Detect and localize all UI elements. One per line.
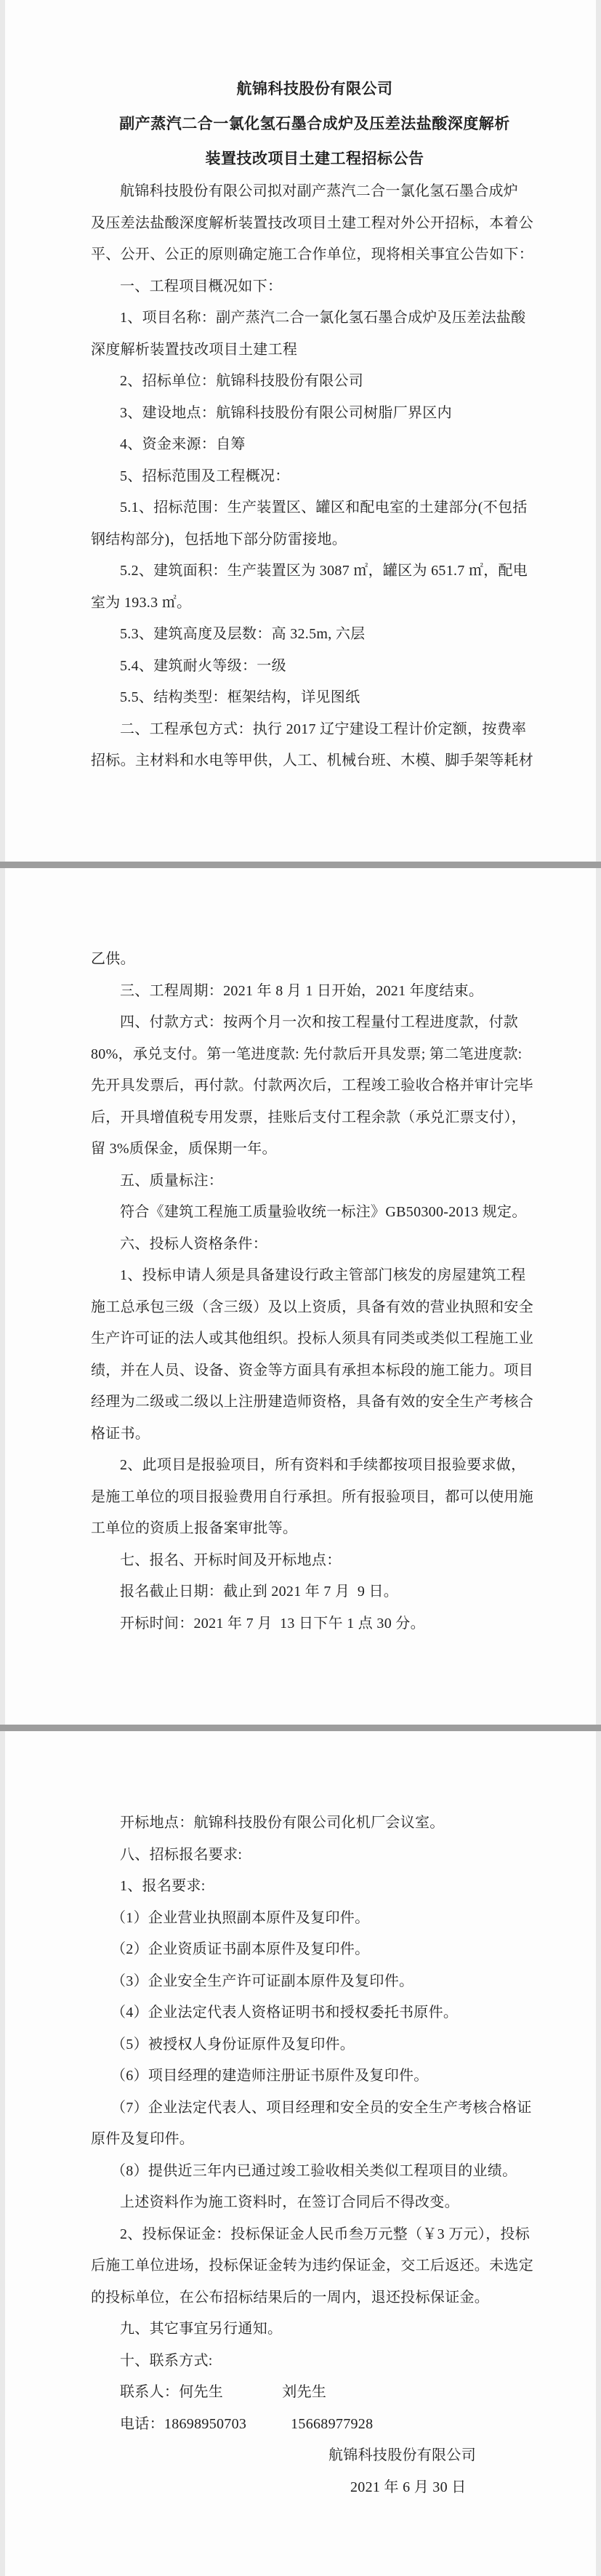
document-line: （8）提供近三年内已通过竣工验收相关类似工程项目的业绩。 xyxy=(91,2156,539,2188)
page-separator xyxy=(0,1725,601,1731)
document-page-2: 乙供。三、工程周期：2021 年 8 月 1 日开始，2021 年度结束。四、付… xyxy=(5,868,596,1725)
document-line: 是施工单位的项目报验费用自行承担。所有报验项目，都可以使用施 xyxy=(91,1482,539,1514)
document-line: 5.1、招标范围：生产装置区、罐区和配电室的土建部分(不包括 xyxy=(91,492,539,524)
document-line: 平、公开、公正的原则确定施工合作单位，现将相关事宜公告如下： xyxy=(91,239,539,271)
document-line: 1、投标申请人须是具备建设行政主管部门核发的房屋建筑工程 xyxy=(91,1260,539,1292)
document-line: 3、建设地点：航锦科技股份有限公司树脂厂界区内 xyxy=(91,398,539,430)
document-line: 工单位的资质上报备案审批等。 xyxy=(91,1513,539,1545)
document-line: 绩，并在人员、设备、资金等方面具有承担本标段的施工能力。项目 xyxy=(91,1355,539,1387)
document-line: 5.3、建筑高度及层数：高 32.5m, 六层 xyxy=(91,619,539,651)
document-line: 5.4、建筑耐火等级：一级 xyxy=(91,651,539,683)
page-separator xyxy=(0,862,601,868)
document-line: （4）企业法定代表人资格证明书和授权委托书原件。 xyxy=(91,1997,539,2029)
document-line: 三、工程周期：2021 年 8 月 1 日开始，2021 年度结束。 xyxy=(91,976,539,1008)
document-line: 四、付款方式：按两个月一次和按工程量付工程进度款，付款 xyxy=(91,1007,539,1039)
document-line: 十、联系方式: xyxy=(91,2346,539,2378)
document-line: 上述资料作为施工资料时，在签订合同后不得改变。 xyxy=(91,2187,539,2219)
document-line: 80%，承兑支付。第一笔进度款: 先付款后开具发票; 第二笔进度款: xyxy=(91,1039,539,1071)
document-page-3: 开标地点：航锦科技股份有限公司化机厂会议室。八、招标报名要求:1、报名要求:（1… xyxy=(5,1731,596,2576)
document-line: 航锦科技股份有限公司拟对副产蒸汽二合一氯化氢石墨合成炉 xyxy=(91,176,539,208)
document-line: （2）企业资质证书副本原件及复印件。 xyxy=(91,1934,539,1966)
document-line: 2、投标保证金：投标保证金人民币叁万元整（￥3 万元），投标 xyxy=(91,2219,539,2251)
document-line: （6）项目经理的建造师注册证书原件及复印件。 xyxy=(91,2061,539,2093)
document-line: 室为 193.3 ㎡。 xyxy=(91,587,539,619)
document-line: 及压差法盐酸深度解析装置技改项目土建工程对外公开招标，本着公 xyxy=(91,208,539,240)
document-line: 格证书。 xyxy=(91,1419,539,1450)
document-line: 招标。主材料和水电等甲供，人工、机械台班、木模、脚手架等耗材 xyxy=(91,745,539,777)
document-line: 原件及复印件。 xyxy=(91,2124,539,2156)
document-line: 一、工程项目概况如下： xyxy=(91,271,539,303)
document-line: 2、此项目是报验项目，所有资料和手续都按项目报验要求做， xyxy=(91,1450,539,1482)
page-2-content: 乙供。三、工程周期：2021 年 8 月 1 日开始，2021 年度结束。四、付… xyxy=(91,944,539,1640)
document-line: （3）企业安全生产许可证副本原件及复印件。 xyxy=(91,1966,539,1998)
document-line: 先开具发票后，再付款。付款两次后，工程竣工验收合格并审计完毕 xyxy=(91,1070,539,1102)
document-title-line: 副产蒸汽二合一氯化氢石墨合成炉及压差法盐酸深度解析 xyxy=(91,106,539,141)
page-1-content: 航锦科技股份有限公司副产蒸汽二合一氯化氢石墨合成炉及压差法盐酸深度解析装置技改项… xyxy=(91,71,539,777)
document-line: 乙供。 xyxy=(91,944,539,976)
document-line: 航锦科技股份有限公司 xyxy=(91,2440,539,2472)
document-line: 2021 年 6 月 30 日 xyxy=(91,2472,539,2504)
document-line: 九、其它事宜另行通知。 xyxy=(91,2314,539,2346)
document-line: 2、招标单位：航锦科技股份有限公司 xyxy=(91,366,539,398)
document-line: 留 3%质保金，质保期一年。 xyxy=(91,1133,539,1165)
document-line: 深度解析装置技改项目土建工程 xyxy=(91,334,539,366)
document-line: 经理为二级或二级以上注册建造师资格，具备有效的安全生产考核合 xyxy=(91,1387,539,1419)
page-3-content: 开标地点：航锦科技股份有限公司化机厂会议室。八、招标报名要求:1、报名要求:（1… xyxy=(91,1807,539,2503)
document-line: 二、工程承包方式：执行 2017 辽宁建设工程计价定额，按费率 xyxy=(91,714,539,746)
document-page-1: 航锦科技股份有限公司副产蒸汽二合一氯化氢石墨合成炉及压差法盐酸深度解析装置技改项… xyxy=(5,0,596,862)
document-line: 钢结构部分)，包括地下部分防雷接地。 xyxy=(91,524,539,556)
document-line: 五、质量标注： xyxy=(91,1165,539,1197)
document-line: 六、投标人资格条件： xyxy=(91,1229,539,1261)
document-title-line: 航锦科技股份有限公司 xyxy=(91,71,539,106)
document-line: 报名截止日期：截止到 2021 年 7 月 9 日。 xyxy=(91,1576,539,1608)
document-line: 的投标单位，在公布招标结果后的一周内，退还投标保证金。 xyxy=(91,2282,539,2314)
document-line: 联系人：何先生 刘先生 xyxy=(91,2377,539,2409)
document-line: 1、报名要求: xyxy=(91,1871,539,1903)
document-line: 施工总承包三级（含三级）及以上资质，具备有效的营业执照和安全 xyxy=(91,1292,539,1324)
document-line: 5、招标范围及工程概况： xyxy=(91,461,539,493)
document-line: 电话：18698950703 15668977928 xyxy=(91,2409,539,2441)
document-line: 4、资金来源：自筹 xyxy=(91,429,539,461)
document-title-line: 装置技改项目土建工程招标公告 xyxy=(91,141,539,176)
document-line: （5）被授权人身份证原件及复印件。 xyxy=(91,2029,539,2061)
document-line: 1、项目名称：副产蒸汽二合一氯化氢石墨合成炉及压差法盐酸 xyxy=(91,302,539,334)
document-line: 七、报名、开标时间及开标地点： xyxy=(91,1545,539,1577)
document-line: 符合《建筑工程施工质量验收统一标注》GB50300-2013 规定。 xyxy=(91,1197,539,1229)
document-line: 开标时间：2021 年 7 月 13 日下午 1 点 30 分。 xyxy=(91,1608,539,1640)
document-line: 5.2、建筑面积：生产装置区为 3087 ㎡，罐区为 651.7 ㎡，配电 xyxy=(91,555,539,587)
document-line: 5.5、结构类型：框架结构，详见图纸 xyxy=(91,682,539,714)
document-line: 生产许可证的法人或其他组织。投标人须具有同类或类似工程施工业 xyxy=(91,1323,539,1355)
document-line: （7）企业法定代表人、项目经理和安全员的安全生产考核合格证 xyxy=(91,2093,539,2124)
document-line: 后，开具增值税专用发票，挂账后支付工程余款（承兑汇票支付）， xyxy=(91,1102,539,1134)
document-line: 八、招标报名要求: xyxy=(91,1839,539,1871)
document-line: 开标地点：航锦科技股份有限公司化机厂会议室。 xyxy=(91,1807,539,1839)
document-line: 后施工单位进场，投标保证金转为违约保证金，交工后返还。未选定 xyxy=(91,2250,539,2282)
document: 航锦科技股份有限公司副产蒸汽二合一氯化氢石墨合成炉及压差法盐酸深度解析装置技改项… xyxy=(0,0,601,2576)
document-line: （1）企业营业执照副本原件及复印件。 xyxy=(91,1903,539,1935)
